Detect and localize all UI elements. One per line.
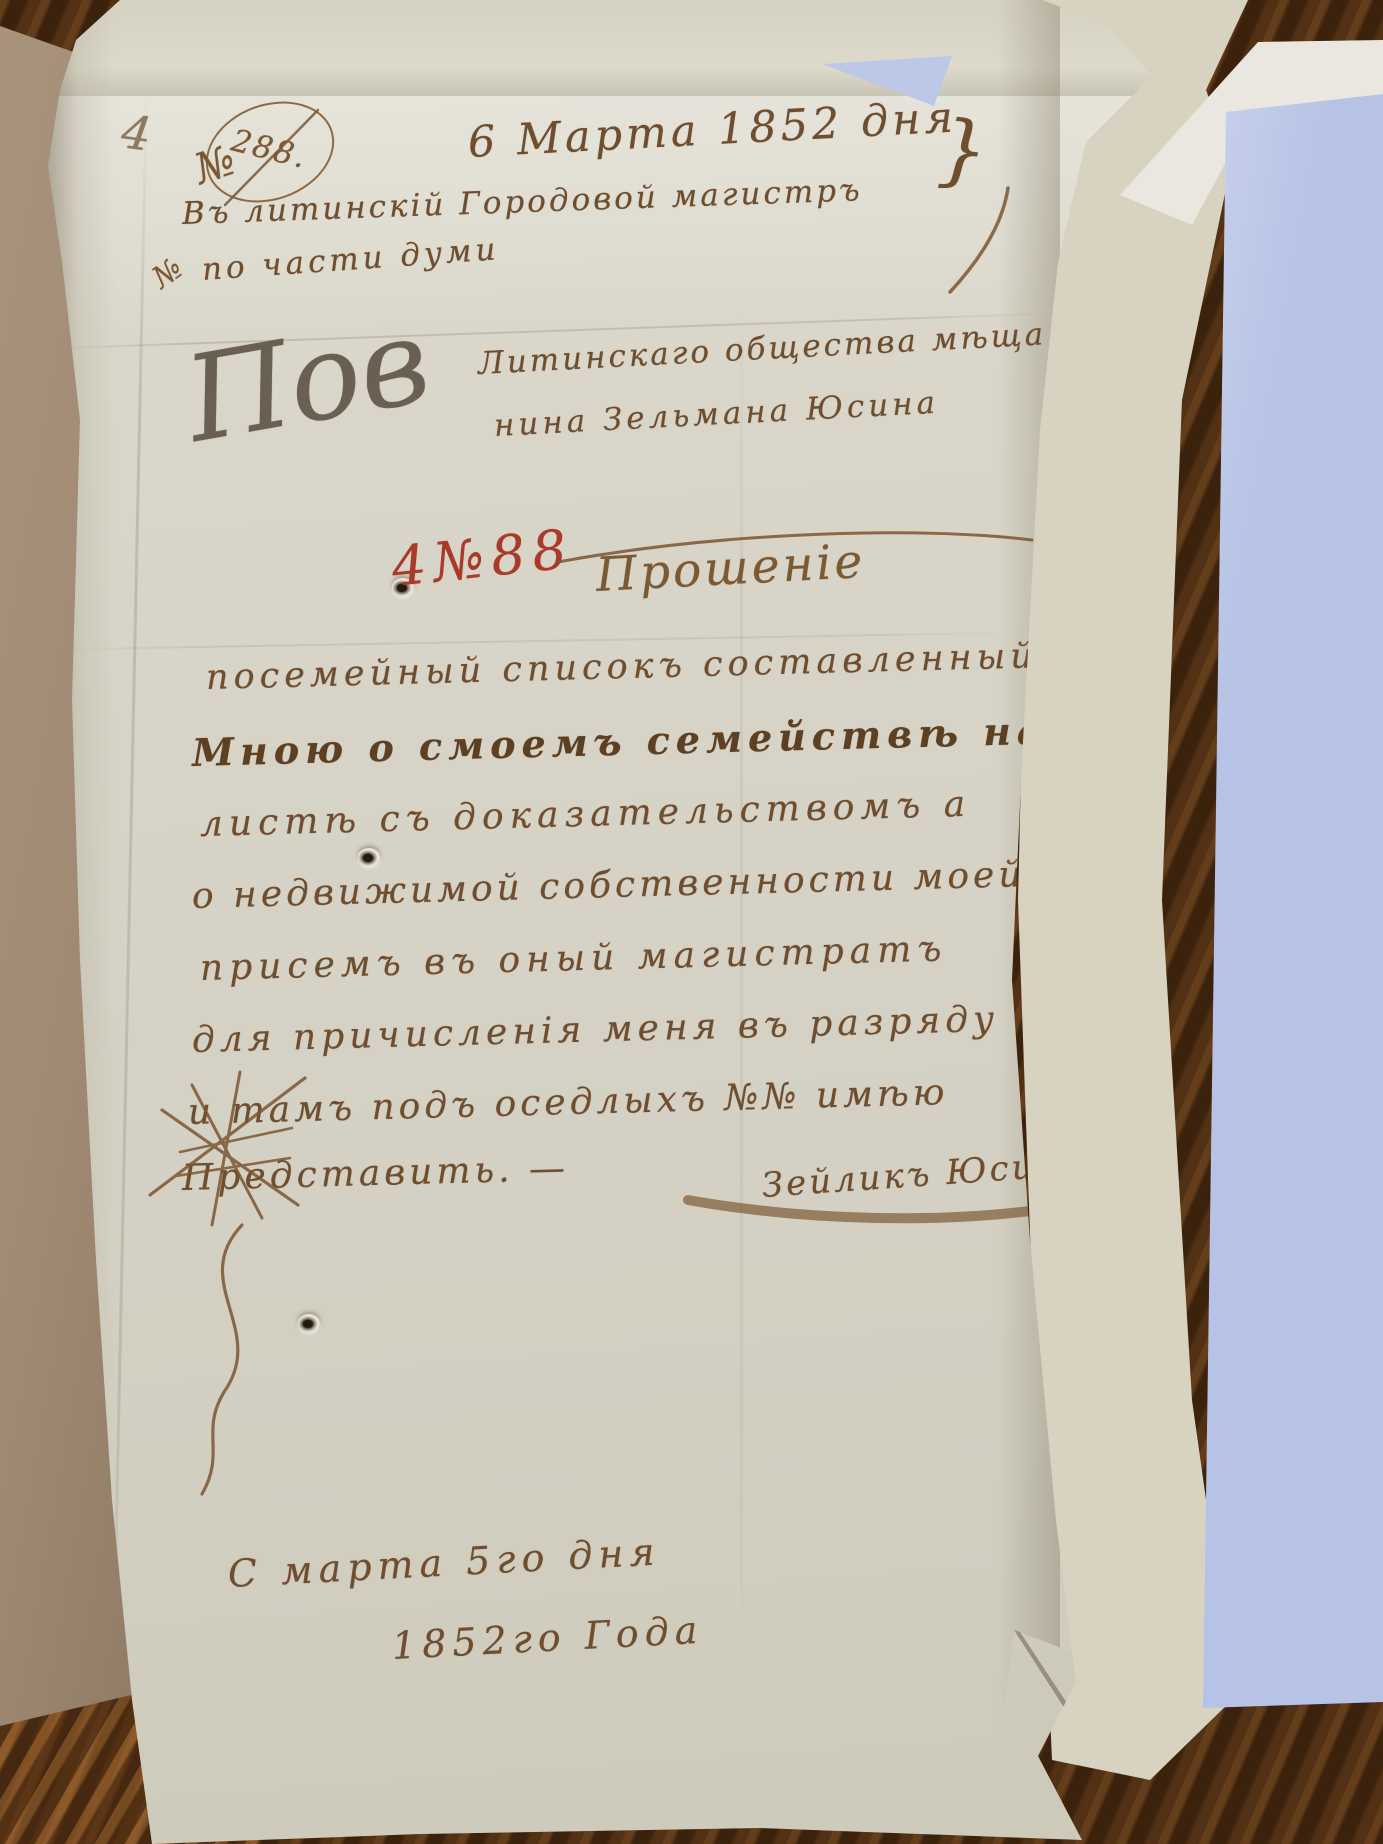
margin-scribble bbox=[192, 1085, 262, 1218]
margin-long-flourish bbox=[202, 1225, 242, 1494]
oval-slash-stroke bbox=[225, 110, 318, 205]
heading-overline-stroke bbox=[558, 533, 1032, 562]
addressee-tail-flourish bbox=[950, 188, 1008, 292]
archival-photo: 4 № 288. 6 Марта 1852 дня } Въ литинскій… bbox=[0, 0, 1383, 1844]
